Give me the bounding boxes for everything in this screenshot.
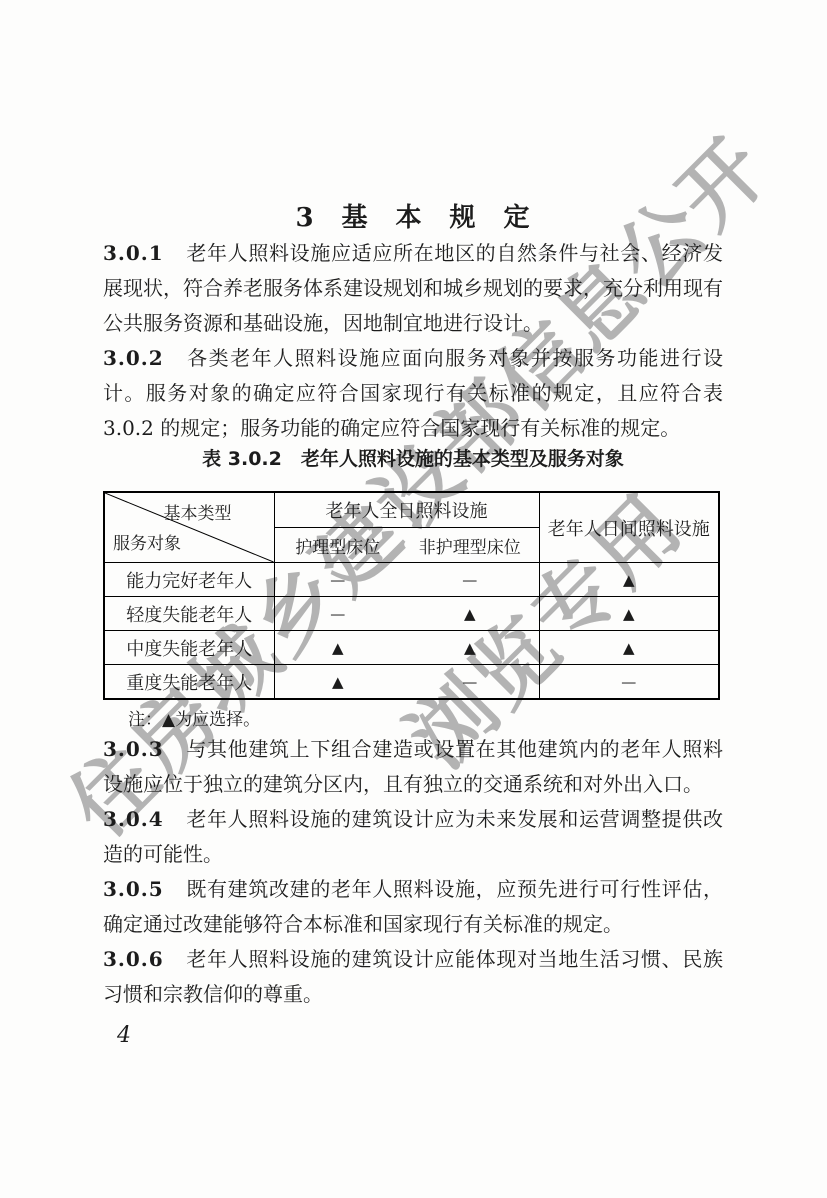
column-header-fulltime: 老年人全日照料设施	[274, 492, 539, 528]
cell-value: —	[274, 563, 401, 597]
cell-value: ▲	[401, 597, 539, 631]
clause-text: 与其他建筑上下组合建造或设置在其他建筑内的老年人照料设施应位于独立的建筑分区内，…	[103, 737, 723, 796]
clause-text: 老年人照料设施的建筑设计应为未来发展和运营调整提供改造的可能性。	[103, 807, 723, 866]
page-content: 3 基 本 规 定 3.0.1老年人照料设施应适应所在地区的自然条件与社会、经济…	[103, 0, 723, 1050]
corner-label-type: 基本类型	[164, 499, 232, 524]
clause-number: 3.0.1	[103, 241, 164, 265]
clause-number: 3.0.4	[103, 807, 164, 831]
corner-label-target: 服务对象	[113, 529, 181, 554]
cell-value: ▲	[539, 563, 719, 597]
chapter-title: 3 基 本 规 定	[103, 200, 723, 236]
clause-text: 各类老年人照料设施应面向服务对象并按服务功能进行设计。服务对象的确定应符合国家现…	[103, 346, 723, 440]
table-row: 重度失能老年人 ▲ — —	[104, 665, 719, 700]
cell-value: ▲	[274, 631, 401, 665]
row-label: 能力完好老年人	[104, 563, 274, 597]
cell-value: ▲	[401, 631, 539, 665]
clause-number: 3.0.3	[103, 737, 164, 761]
clause-3-0-3: 3.0.3与其他建筑上下组合建造或设置在其他建筑内的老年人照料设施应位于独立的建…	[103, 732, 723, 802]
table-caption: 表 3.0.2 老年人照料设施的基本类型及服务对象	[103, 446, 723, 472]
cell-value: ▲	[539, 631, 719, 665]
document-page: 住房城乡建设部信息公开 浏览专用 3 基 本 规 定 3.0.1老年人照料设施应…	[0, 0, 827, 1198]
table-row: 中度失能老年人 ▲ ▲ ▲	[104, 631, 719, 665]
cell-value: ▲	[539, 597, 719, 631]
cell-value: —	[401, 665, 539, 700]
clause-3-0-6: 3.0.6老年人照料设施的建筑设计应能体现对当地生活习惯、民族习惯和宗教信仰的尊…	[103, 942, 723, 1012]
cell-value: —	[401, 563, 539, 597]
clause-number: 3.0.5	[103, 877, 164, 901]
clause-3-0-2: 3.0.2各类老年人照料设施应面向服务对象并按服务功能进行设计。服务对象的确定应…	[103, 341, 723, 446]
table-note: 注：▲为应选择。	[128, 708, 723, 732]
clause-3-0-4: 3.0.4老年人照料设施的建筑设计应为未来发展和运营调整提供改造的可能性。	[103, 802, 723, 872]
row-label: 中度失能老年人	[104, 631, 274, 665]
clause-3-0-1: 3.0.1老年人照料设施应适应所在地区的自然条件与社会、经济发展现状，符合养老服…	[103, 236, 723, 341]
cell-value: —	[539, 665, 719, 700]
table-row: 能力完好老年人 — — ▲	[104, 563, 719, 597]
table-3-0-2: 基本类型 服务对象 老年人全日照料设施 老年人日间照料设施 护理型床位 非护理型…	[103, 491, 720, 700]
clause-text: 老年人照料设施应适应所在地区的自然条件与社会、经济发展现状，符合养老服务体系建设…	[103, 241, 723, 335]
clause-text: 既有建筑改建的老年人照料设施，应预先进行可行性评估，确定通过改建能够符合本标准和…	[103, 877, 723, 936]
page-number: 4	[117, 1022, 723, 1050]
table-row: 轻度失能老年人 — ▲ ▲	[104, 597, 719, 631]
column-header-non-nursing-bed: 非护理型床位	[401, 528, 539, 563]
clause-text: 老年人照料设施的建筑设计应能体现对当地生活习惯、民族习惯和宗教信仰的尊重。	[103, 947, 723, 1006]
column-header-daycare: 老年人日间照料设施	[539, 492, 719, 563]
clause-3-0-5: 3.0.5既有建筑改建的老年人照料设施，应预先进行可行性评估，确定通过改建能够符…	[103, 872, 723, 942]
table-corner-cell: 基本类型 服务对象	[104, 492, 274, 563]
cell-value: —	[274, 597, 401, 631]
clause-number: 3.0.2	[103, 346, 164, 370]
clause-number: 3.0.6	[103, 947, 164, 971]
cell-value: ▲	[274, 665, 401, 700]
column-header-nursing-bed: 护理型床位	[274, 528, 401, 563]
row-label: 重度失能老年人	[104, 665, 274, 700]
row-label: 轻度失能老年人	[104, 597, 274, 631]
